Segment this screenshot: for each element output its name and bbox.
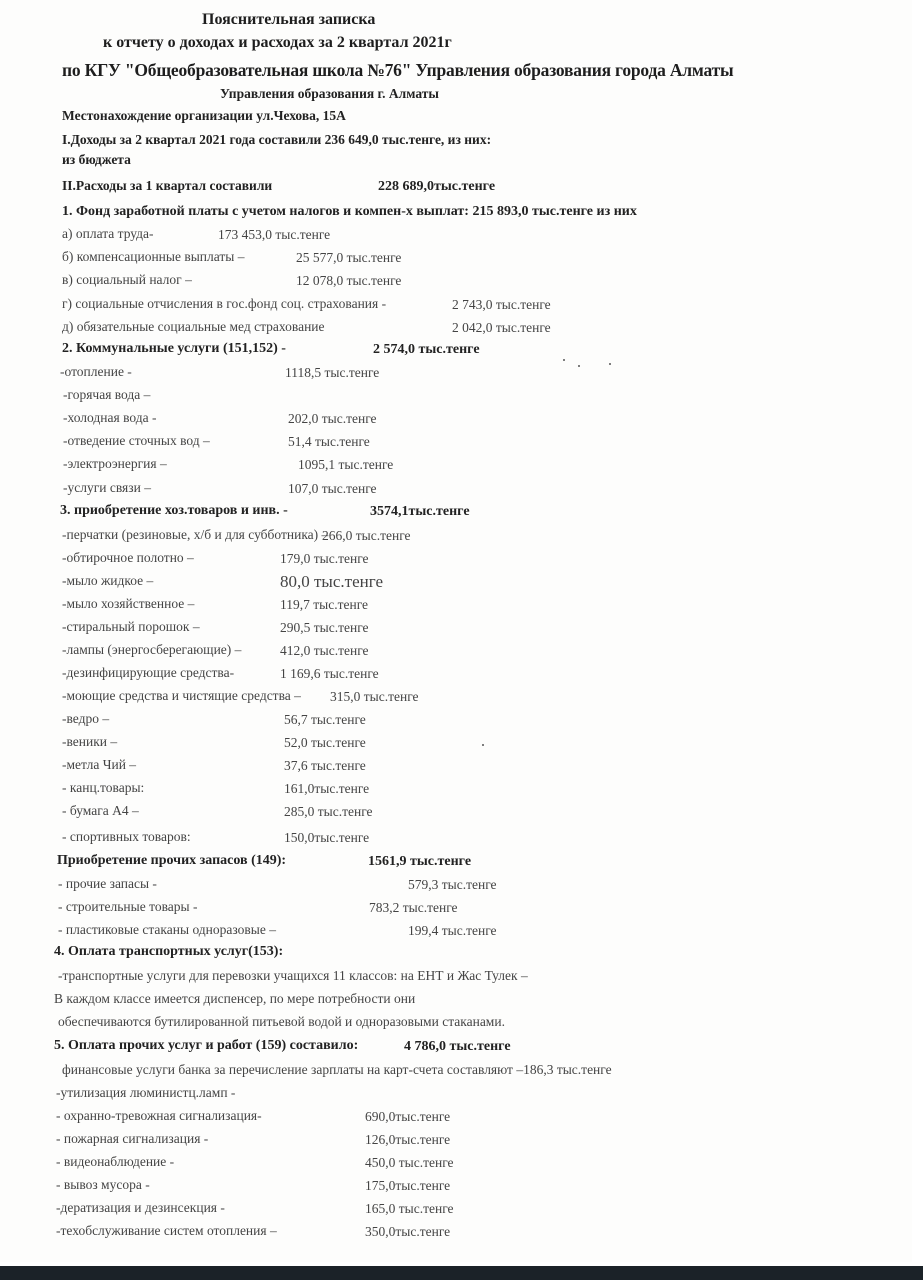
line-item-label: б) компенсационные выплаты – [62, 248, 244, 266]
line-item-value: 1095,1 тыс.тенге [298, 456, 393, 474]
line-item-value: 52,0 тыс.тенге [284, 734, 366, 752]
line-item-value: 107,0 тыс.тенге [288, 480, 377, 498]
line-item-value: 51,4 тыс.тенге [288, 433, 370, 451]
section4-heading: 4. Оплата транспортных услуг(153): [54, 943, 283, 961]
line-item-label: -перчатки (резиновые, х/б и для субботни… [62, 526, 328, 544]
line-item-label: - охранно-тревожная сигнализация- [56, 1107, 262, 1125]
section4-line: -транспортные услуги для перевозки учащи… [58, 967, 528, 985]
line-item-value: 290,5 тыс.тенге [280, 619, 369, 637]
line-item-label: -веники – [62, 733, 117, 751]
line-item-label: -электроэнергия – [63, 455, 167, 473]
line-item-label: - канц.товары: [62, 779, 144, 797]
line-item-label: -обтирочное полотно – [62, 549, 194, 567]
section2-heading: 2. Коммунальные услуги (151,152) - [62, 340, 286, 358]
line-item-label: -дератизация и дезинсекция - [56, 1199, 225, 1217]
line-item-label: -дезинфицирующие средства- [62, 664, 234, 682]
line-item-value: 2 042,0 тыс.тенге [452, 319, 551, 337]
doc-department: Управления образования г. Алматы [220, 85, 439, 103]
line-item-value: 56,7 тыс.тенге [284, 711, 366, 729]
line-item-value: 350,0тыс.тенге [365, 1223, 450, 1241]
line-item-value: 179,0 тыс.тенге [280, 550, 369, 568]
line-item-label: -отопление - [60, 363, 132, 381]
other-stock-total: 1561,9 тыс.тенге [368, 853, 471, 871]
line-item-label: -моющие средства и чистящие средства – [62, 687, 301, 705]
line-item-label: - прочие запасы - [58, 875, 157, 893]
scan-speck [482, 744, 484, 746]
line-item-value: 25 577,0 тыс.тенге [296, 249, 401, 267]
line-item-value: 783,2 тыс.тенге [369, 899, 458, 917]
line-item-value: 161,0тыс.тенге [284, 780, 369, 798]
line-item-label: -метла Чий – [62, 756, 136, 774]
section4-line: обеспечиваются бутилированной питьевой в… [58, 1013, 505, 1031]
doc-title: Пояснительная записка [202, 11, 375, 29]
line-item-label: г) социальные отчисления в гос.фонд соц.… [62, 295, 386, 313]
line-item-label: -холодная вода - [63, 409, 156, 427]
line-item-label: -услуги связи – [63, 479, 151, 497]
section3-total: 3574,1тыс.тенге [370, 503, 470, 521]
line-item-label: - видеонаблюдение - [56, 1153, 174, 1171]
section4-line: В каждом классе имеется диспенсер, по ме… [54, 990, 415, 1008]
line-item-value: 1118,5 тыс.тенге [285, 364, 379, 382]
line-item-label: - вывоз мусора - [56, 1176, 150, 1194]
line-item-label: - бумага А4 – [62, 802, 139, 820]
scanner-edge [0, 1266, 923, 1280]
line-item-value: 37,6 тыс.тенге [284, 757, 366, 775]
line-item-value: 175,0тыс.тенге [365, 1177, 450, 1195]
line-item-value: 450,0 тыс.тенге [365, 1154, 454, 1172]
line-item-label: -мыло жидкое – [62, 572, 153, 590]
line-item-value: 2 743,0 тыс.тенге [452, 296, 551, 314]
line-item-value: 1 169,6 тыс.тенге [280, 665, 379, 683]
line-item-value: 266,0 тыс.тенге [322, 527, 411, 545]
income-source: из бюджета [62, 151, 131, 169]
line-item-value: 150,0тыс.тенге [284, 829, 369, 847]
line-item-label: - спортивных товаров: [62, 828, 191, 846]
line-item-label: - строительные товары - [58, 898, 197, 916]
section5-bank-line: финансовые услуги банка за перечисление … [62, 1061, 612, 1079]
section1-heading: 1. Фонд заработной платы с учетом налого… [62, 203, 637, 221]
line-item-value: 80,0 тыс.тенге [280, 573, 383, 591]
line-item-value: 579,3 тыс.тенге [408, 876, 497, 894]
line-item-label: -лампы (энергосберегающие) – [62, 641, 241, 659]
line-item-value: 412,0 тыс.тенге [280, 642, 369, 660]
line-item-label: в) социальный налог – [62, 271, 192, 289]
expenses-label: II.Расходы за 1 квартал составили [62, 177, 272, 195]
line-item-label: -ведро – [62, 710, 109, 728]
scanned-page: Пояснительная записка к отчету о доходах… [0, 0, 912, 1262]
scan-speck [609, 363, 611, 365]
line-item-value: 202,0 тыс.тенге [288, 410, 377, 428]
line-item-label: - пластиковые стаканы одноразовые – [58, 921, 276, 939]
line-item-label: -отведение сточных вод – [63, 432, 210, 450]
line-item-label: д) обязательные социальные мед страхован… [62, 318, 325, 336]
line-item-value: 199,4 тыс.тенге [408, 922, 497, 940]
line-item-label: -горячая вода – [63, 386, 150, 404]
section2-total: 2 574,0 тыс.тенге [373, 341, 480, 359]
line-item-value: 119,7 тыс.тенге [280, 596, 368, 614]
section5-heading: 5. Оплата прочих услуг и работ (159) сос… [54, 1037, 358, 1055]
doc-organization: по КГУ "Общеобразовательная школа №76" У… [62, 61, 733, 79]
scan-speck [578, 365, 580, 367]
line-item-label: -мыло хозяйственное – [62, 595, 194, 613]
expenses-value: 228 689,0тыс.тенге [378, 178, 495, 196]
line-item-label: -стиральный порошок – [62, 618, 200, 636]
line-item-label: а) оплата труда- [62, 225, 154, 243]
line-item-value: 690,0тыс.тенге [365, 1108, 450, 1126]
line-item-value: 285,0 тыс.тенге [284, 803, 373, 821]
section5-total: 4 786,0 тыс.тенге [404, 1038, 511, 1056]
line-item-value: 315,0 тыс.тенге [330, 688, 419, 706]
line-item-label: -техобслуживание систем отопления – [56, 1222, 277, 1240]
income-total: I.Доходы за 2 квартал 2021 года составил… [62, 131, 491, 149]
other-stock-heading: Приобретение прочих запасов (149): [57, 852, 286, 870]
section3-heading: 3. приобретение хоз.товаров и инв. - [60, 502, 288, 520]
line-item-label: -утилизация люминистц.ламп - [56, 1084, 235, 1102]
doc-location: Местонахождение организации ул.Чехова, 1… [62, 107, 346, 125]
doc-subtitle: к отчету о доходах и расходах за 2 кварт… [103, 34, 452, 52]
line-item-value: 126,0тыс.тенге [365, 1131, 450, 1149]
scan-speck [563, 359, 565, 361]
line-item-value: 173 453,0 тыс.тенге [218, 226, 330, 244]
line-item-label: - пожарная сигнализация - [56, 1130, 208, 1148]
line-item-value: 165,0 тыс.тенге [365, 1200, 454, 1218]
line-item-value: 12 078,0 тыс.тенге [296, 272, 401, 290]
